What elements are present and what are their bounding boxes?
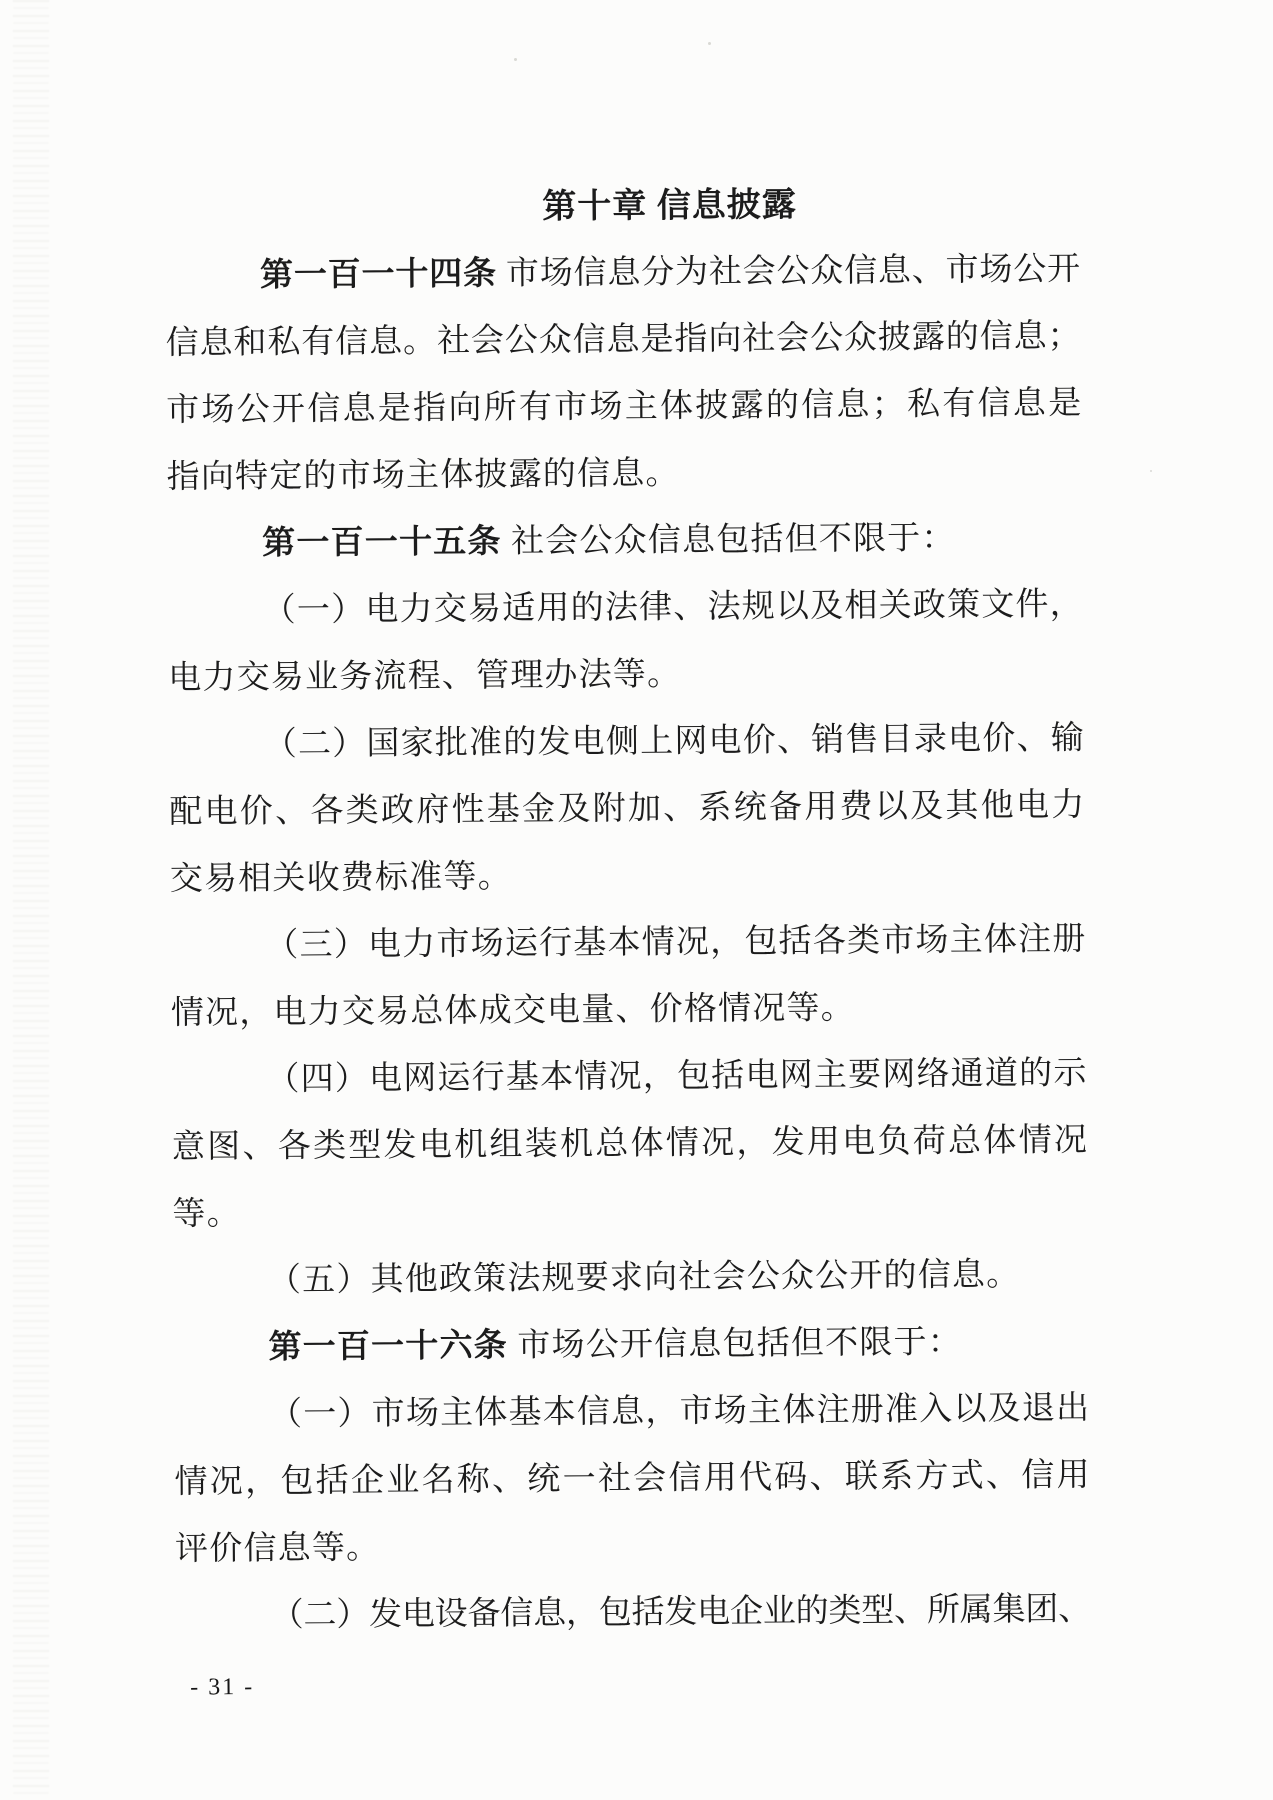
text-segment: 情况，包括企业名称、统一社会信用代码、联系方式、信用	[174, 1457, 1089, 1500]
text-line: 情况，包括企业名称、统一社会信用代码、联系方式、信用	[174, 1442, 1089, 1516]
text-line: 意图、各类型发电机组装机总体情况，发用电负荷总体情况	[172, 1107, 1087, 1181]
text-line: （一）电力交易适用的法律、法规以及相关政策文件，	[167, 571, 1082, 645]
text-line: 市场公开信息是指向所有市场主体披露的信息；私有信息是	[166, 370, 1081, 444]
text-line: 情况，电力交易总体成交电量、价格情况等。	[171, 973, 1086, 1047]
text-segment: 指向特定的市场主体披露的信息。	[167, 456, 680, 496]
text-line: （五）其他政策法规要求向社会公众公开的信息。	[173, 1241, 1088, 1315]
text-line: 配电价、各类政府性基金及附加、系统备用费以及其他电力	[169, 772, 1084, 846]
text-segment: （三）电力市场运行基本情况，包括各类市场主体注册	[265, 921, 1085, 963]
text-segment: 评价信息等。	[175, 1530, 380, 1568]
text-line: 信息和私有信息。社会公众信息是指向社会公众披露的信息；	[165, 303, 1080, 377]
page-number: - 31 -	[190, 1673, 254, 1702]
text-segment: 信息和私有信息。社会公众信息是指向社会公众披露的信息；	[165, 318, 1080, 361]
article-number: 第一百一十四条	[260, 256, 497, 294]
scanned-document-page: 第十章 信息披露 第一百一十四条 市场信息分为社会公众信息、市场公开信息和私有信…	[0, 0, 1273, 1800]
text-segment: 交易相关收费标准等。	[170, 859, 512, 898]
text-segment: 情况，电力交易总体成交电量、价格情况等。	[171, 990, 855, 1031]
text-segment: 社会公众信息包括但不限于：	[501, 520, 955, 560]
text-segment: （四）电网运行基本情况，包括电网主要网络通道的示	[266, 1055, 1086, 1097]
text-segment: （一）市场主体基本信息，市场主体注册准入以及退出	[269, 1390, 1089, 1432]
text-segment: （五）其他政策法规要求向社会公众公开的信息。	[268, 1257, 1021, 1299]
text-segment: 电力交易业务流程、管理办法等。	[168, 657, 681, 697]
text-segment: 市场公开信息包括但不限于：	[508, 1324, 962, 1364]
chapter-title: 第十章 信息披露	[164, 169, 1079, 243]
text-line: 评价信息等。	[175, 1509, 1090, 1583]
text-line: 第一百一十五条 社会公众信息包括但不限于：	[167, 504, 1082, 578]
text-segment: 配电价、各类政府性基金及附加、系统备用费以及其他电力	[169, 787, 1084, 830]
text-segment: （一）电力交易适用的法律、法规以及相关政策文件，	[263, 586, 1083, 628]
article-number: 第一百一十六条	[268, 1328, 508, 1366]
text-line: 交易相关收费标准等。	[170, 839, 1085, 913]
text-line: 电力交易业务流程、管理办法等。	[168, 638, 1083, 712]
text-segment: 市场公开信息是指向所有市场主体披露的信息；私有信息是	[166, 385, 1081, 428]
text-line: 第一百一十六条 市场公开信息包括但不限于：	[173, 1308, 1088, 1382]
text-line: （二）发电设备信息，包括发电企业的类型、所属集团、	[175, 1576, 1090, 1650]
text-segment: 意图、各类型发电机组装机总体情况，发用电负荷总体情况	[172, 1122, 1087, 1165]
text-segment: 等。	[172, 1196, 241, 1233]
text-line: （四）电网运行基本情况，包括电网主要网络通道的示	[171, 1040, 1086, 1114]
text-line: （三）电力市场运行基本情况，包括各类市场主体注册	[170, 906, 1085, 980]
text-line: （一）市场主体基本信息，市场主体注册准入以及退出	[174, 1375, 1089, 1449]
text-segment: （二）发电设备信息，包括发电企业的类型、所属集团、	[270, 1591, 1090, 1633]
text-segment: （二）国家批准的发电侧上网电价、销售目录电价、输	[264, 720, 1084, 762]
text-line: （二）国家批准的发电侧上网电价、销售目录电价、输	[169, 705, 1084, 779]
text-line: 第一百一十四条 市场信息分为社会公众信息、市场公开	[165, 236, 1080, 310]
text-body: 第十章 信息披露 第一百一十四条 市场信息分为社会公众信息、市场公开信息和私有信…	[164, 169, 1091, 1650]
page-content: 第十章 信息披露 第一百一十四条 市场信息分为社会公众信息、市场公开信息和私有信…	[0, 0, 1273, 1800]
text-line: 等。	[172, 1174, 1087, 1248]
article-number: 第一百一十五条	[262, 524, 502, 562]
text-segment: 市场信息分为社会公众信息、市场公开	[497, 251, 1081, 292]
text-line: 指向特定的市场主体披露的信息。	[166, 437, 1081, 511]
